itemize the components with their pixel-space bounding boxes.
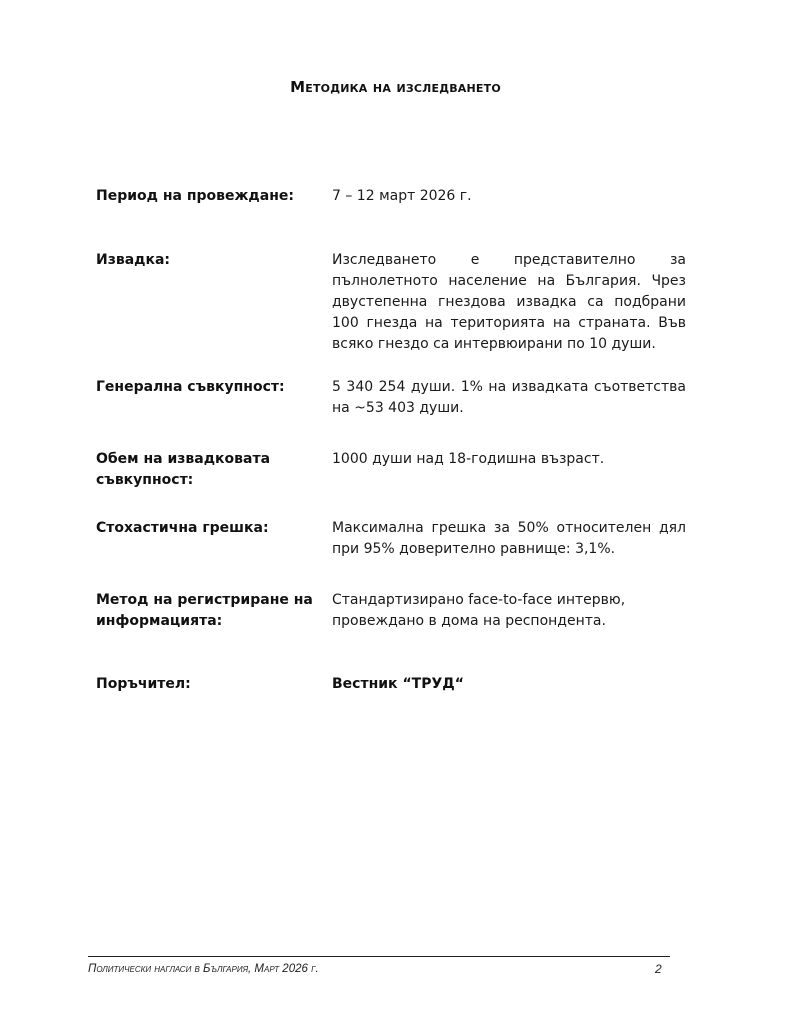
row-value: Изследването е представително за пълноле… — [332, 250, 686, 355]
row-label: Извадка: — [96, 250, 321, 271]
page-title: Методика на изследването — [0, 78, 791, 96]
footer-divider — [88, 956, 670, 957]
row-label: Период на провеждане: — [96, 186, 321, 207]
row-value: 5 340 254 души. 1% на извадката съответс… — [332, 377, 686, 419]
row-value: Стандартизирано face-to-face интервю, пр… — [332, 590, 686, 632]
row-value: 1000 души над 18-годишна възраст. — [332, 449, 686, 470]
row-value: Максимална грешка за 50% относителен дял… — [332, 518, 686, 560]
row-value: 7 – 12 март 2026 г. — [332, 186, 686, 207]
row-label: Генерална съвкупност: — [96, 377, 321, 398]
row-label: Поръчител: — [96, 674, 321, 695]
row-label: Метод на регистриране на информацията: — [96, 590, 321, 632]
footer-title: Политически нагласи в България, Март 202… — [88, 963, 319, 975]
row-label: Стохастична грешка: — [96, 518, 321, 539]
row-value: Вестник “ТРУД“ — [332, 674, 686, 695]
row-label: Обем на извадковата съвкупност: — [96, 449, 321, 491]
page-number: 2 — [655, 962, 662, 976]
